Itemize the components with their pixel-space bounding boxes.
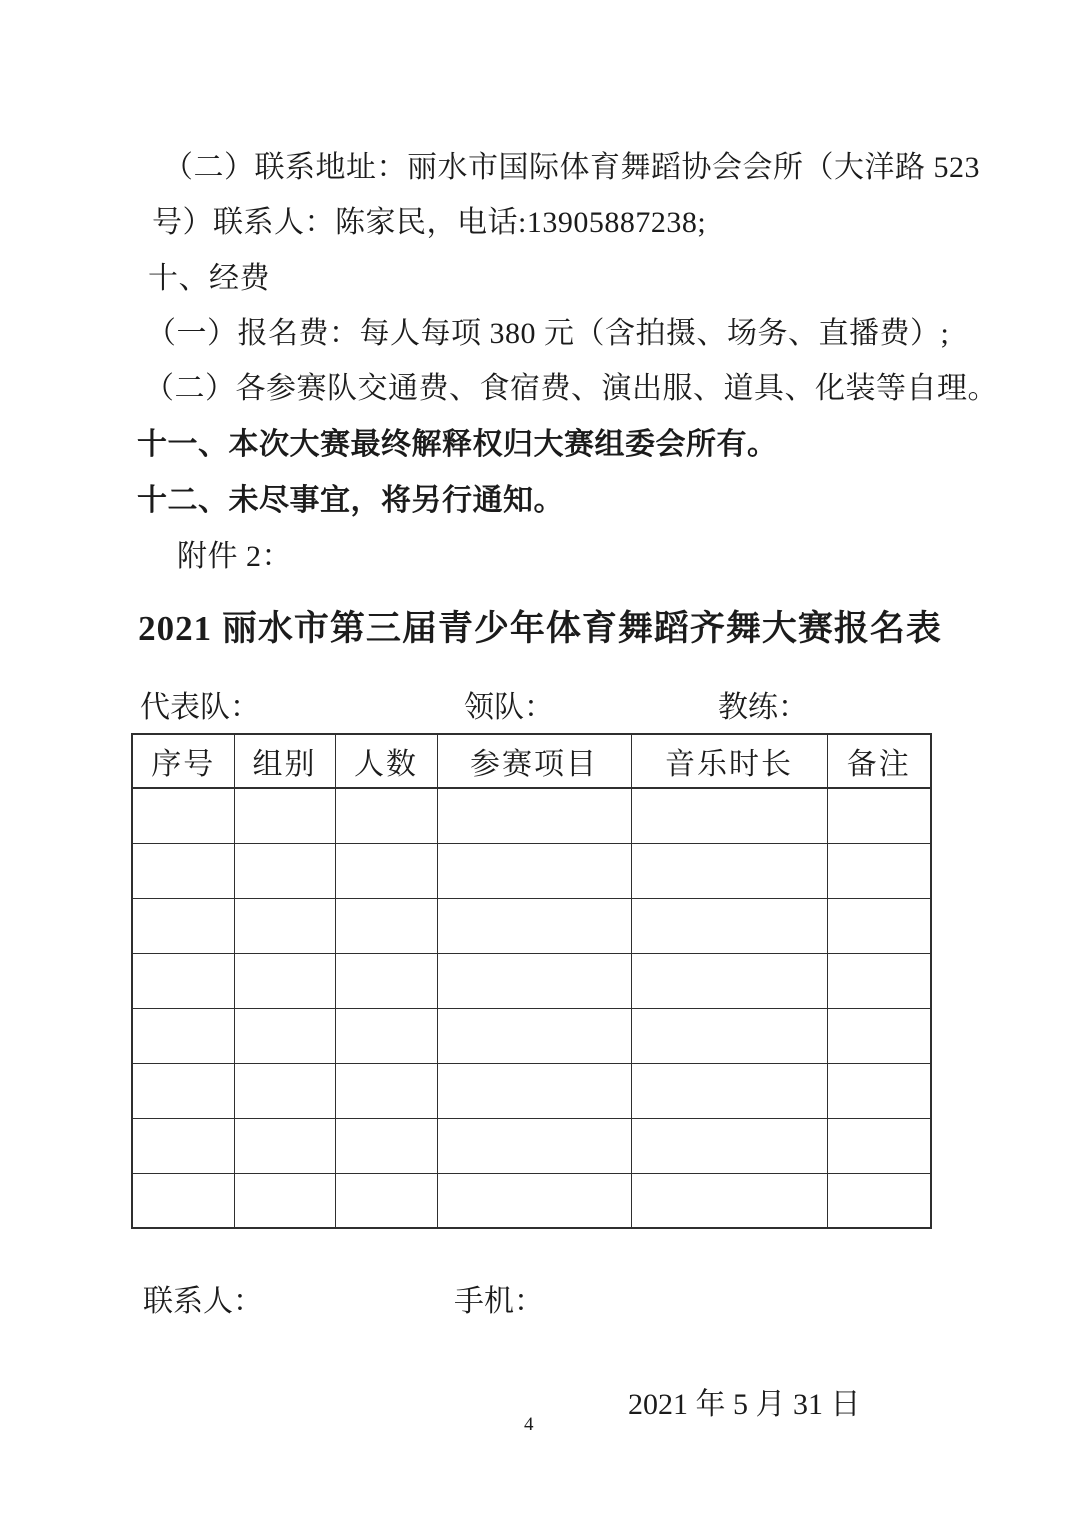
registration-table: 序号 组别 人数 参赛项目 音乐时长 备注 [131,733,932,1229]
table-row [132,843,931,898]
table-cell-empty [827,1173,931,1228]
table-cell-empty [437,1063,631,1118]
table-cell-empty [631,843,827,898]
table-cell-empty [437,1118,631,1173]
table-cell-empty [827,898,931,953]
table-cell-empty [631,1118,827,1173]
table-cell-empty [827,788,931,843]
table-cell-empty [827,1118,931,1173]
paragraph-section-twelve: 十二、未尽事宜，将另行通知。 [137,483,564,519]
team-leader-label: 领队： [464,682,554,726]
table-cell-empty [437,1008,631,1063]
table-cell-empty [437,898,631,953]
table-row [132,953,931,1008]
table-cell-empty [132,1008,234,1063]
table-row [132,898,931,953]
team-name-label: 代表队： [140,682,260,726]
table-cell-empty [827,1008,931,1063]
table-cell-empty [827,843,931,898]
table-cell-empty [335,1173,437,1228]
header-remarks: 备注 [827,734,931,788]
table-cell-empty [132,843,234,898]
table-cell-empty [437,843,631,898]
table-cell-empty [335,1118,437,1173]
table-cell-empty [132,1118,234,1173]
table-cell-empty [234,1118,335,1173]
header-event: 参赛项目 [437,734,631,788]
table-body [132,788,931,1228]
table-cell-empty [631,1008,827,1063]
table-cell-empty [827,953,931,1008]
table-cell-empty [234,788,335,843]
paragraph-section-ten-heading: 十、经费 [148,261,270,297]
header-serial-number: 序号 [132,734,234,788]
table-cell-empty [437,788,631,843]
table-cell-empty [234,1173,335,1228]
paragraph-fee-item-two: （二）各参赛队交通费、食宿费、演出服、道具、化装等自理。 [144,371,998,407]
table-cell-empty [335,788,437,843]
table-cell-empty [631,953,827,1008]
form-title: 2021 丽水市第三届青少年体育舞蹈齐舞大赛报名表 [0,601,1080,651]
paragraph-attachment-label: 附件 2： [177,539,292,575]
header-music-duration: 音乐时长 [631,734,827,788]
table-cell-empty [335,898,437,953]
table-cell-empty [827,1063,931,1118]
table-cell-empty [437,953,631,1008]
table-cell-empty [335,1008,437,1063]
coach-label: 教练： [718,682,808,726]
paragraph-contact-address-line1: （二）联系地址：丽水市国际体育舞蹈协会会所（大洋路 523 [163,150,980,186]
table-cell-empty [335,1063,437,1118]
table-cell-empty [234,1008,335,1063]
table-cell-empty [234,843,335,898]
table-cell-empty [437,1173,631,1228]
table-cell-empty [132,898,234,953]
table-cell-empty [234,1063,335,1118]
mobile-phone-label: 手机： [454,1276,544,1320]
document-page: （二）联系地址：丽水市国际体育舞蹈协会会所（大洋路 523 号）联系人：陈家民，… [0,0,1080,1527]
table-cell-empty [132,788,234,843]
paragraph-fee-item-one: （一）报名费：每人每项 380 元（含拍摄、场务、直播费）; [146,316,949,352]
table-cell-empty [335,843,437,898]
table-cell-empty [631,1173,827,1228]
table-row [132,788,931,843]
table-cell-empty [234,953,335,1008]
table-row [132,1008,931,1063]
header-people-count: 人数 [335,734,437,788]
table-cell-empty [631,898,827,953]
table-cell-empty [335,953,437,1008]
table-cell-empty [234,898,335,953]
contact-person-label: 联系人： [143,1276,263,1320]
table-row [132,1173,931,1228]
table-cell-empty [132,953,234,1008]
header-group: 组别 [234,734,335,788]
table-row [132,1118,931,1173]
table-row [132,1063,931,1118]
table-cell-empty [132,1173,234,1228]
paragraph-contact-address-line2: 号）联系人：陈家民，电话:13905887238; [152,205,706,241]
document-date: 2021 年 5 月 31 日 [628,1379,861,1423]
table-cell-empty [132,1063,234,1118]
table-cell-empty [631,1063,827,1118]
table-cell-empty [631,788,827,843]
paragraph-section-eleven: 十一、本次大赛最终解释权归大赛组委会所有。 [137,427,778,463]
table-header-row: 序号 组别 人数 参赛项目 音乐时长 备注 [132,734,931,788]
page-number: 4 [524,1414,534,1436]
